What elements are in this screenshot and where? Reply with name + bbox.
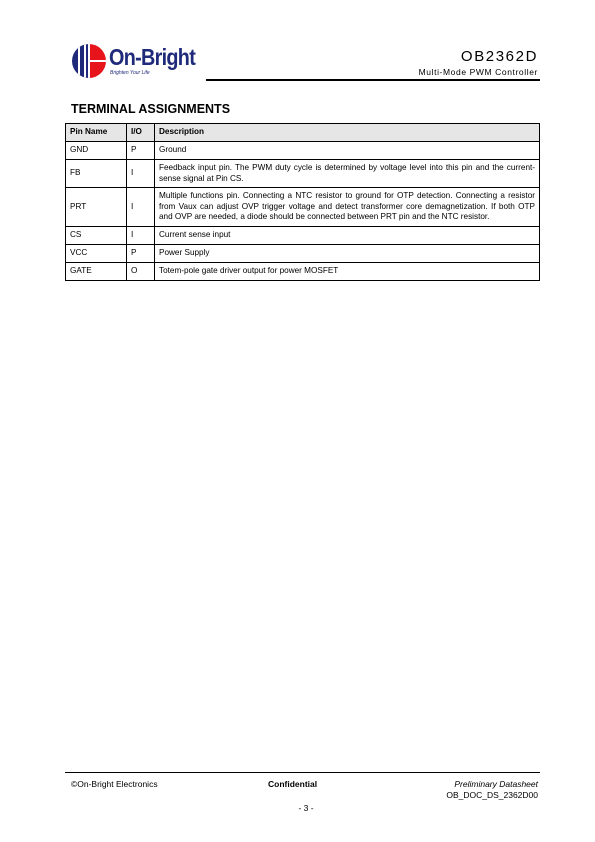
document-subtitle: Multi-Mode PWM Controller — [419, 67, 538, 77]
pin-name-cell: VCC — [66, 244, 127, 262]
io-cell: I — [127, 226, 155, 244]
io-cell: P — [127, 142, 155, 160]
company-logo: On-Bright Brighten Your Life — [72, 44, 202, 82]
description-cell: Current sense input — [155, 226, 540, 244]
column-header-description: Description — [155, 124, 540, 142]
logo-mark-icon — [72, 44, 106, 78]
pin-name-cell: CS — [66, 226, 127, 244]
footer-doc-type: Preliminary Datasheet — [454, 779, 538, 789]
pin-name-cell: FB — [66, 160, 127, 188]
description-cell: Power Supply — [155, 244, 540, 262]
table-row: GATE O Totem-pole gate driver output for… — [66, 262, 540, 280]
pin-name-cell: GND — [66, 142, 127, 160]
table-row: CS I Current sense input — [66, 226, 540, 244]
io-cell: O — [127, 262, 155, 280]
description-cell: Totem-pole gate driver output for power … — [155, 262, 540, 280]
pin-name-cell: GATE — [66, 262, 127, 280]
io-cell: I — [127, 160, 155, 188]
footer-doc-id: OB_DOC_DS_2362D00 — [446, 790, 538, 800]
table-header-row: Pin Name I/O Description — [66, 124, 540, 142]
column-header-io: I/O — [127, 124, 155, 142]
footer-copyright: ©On-Bright Electronics — [71, 779, 158, 789]
section-title: TERMINAL ASSIGNMENTS — [71, 102, 230, 116]
column-header-pin-name: Pin Name — [66, 124, 127, 142]
description-cell: Ground — [155, 142, 540, 160]
table-row: GND P Ground — [66, 142, 540, 160]
logo-brand-text: On-Bright — [109, 44, 195, 70]
description-cell: Multiple functions pin. Connecting a NTC… — [155, 188, 540, 227]
table-row: VCC P Power Supply — [66, 244, 540, 262]
footer-classification: Confidential — [268, 779, 317, 789]
footer-divider — [65, 772, 540, 773]
header-divider — [206, 79, 540, 81]
part-number-title: OB2362D — [461, 48, 538, 65]
terminal-assignments-table: Pin Name I/O Description GND P Ground FB… — [65, 123, 540, 281]
description-cell: Feedback input pin. The PWM duty cycle i… — [155, 160, 540, 188]
io-cell: P — [127, 244, 155, 262]
table-row: PRT I Multiple functions pin. Connecting… — [66, 188, 540, 227]
io-cell: I — [127, 188, 155, 227]
pin-name-cell: PRT — [66, 188, 127, 227]
table-row: FB I Feedback input pin. The PWM duty cy… — [66, 160, 540, 188]
page-number: - 3 - — [0, 803, 595, 813]
logo-tagline: Brighten Your Life — [110, 70, 150, 76]
